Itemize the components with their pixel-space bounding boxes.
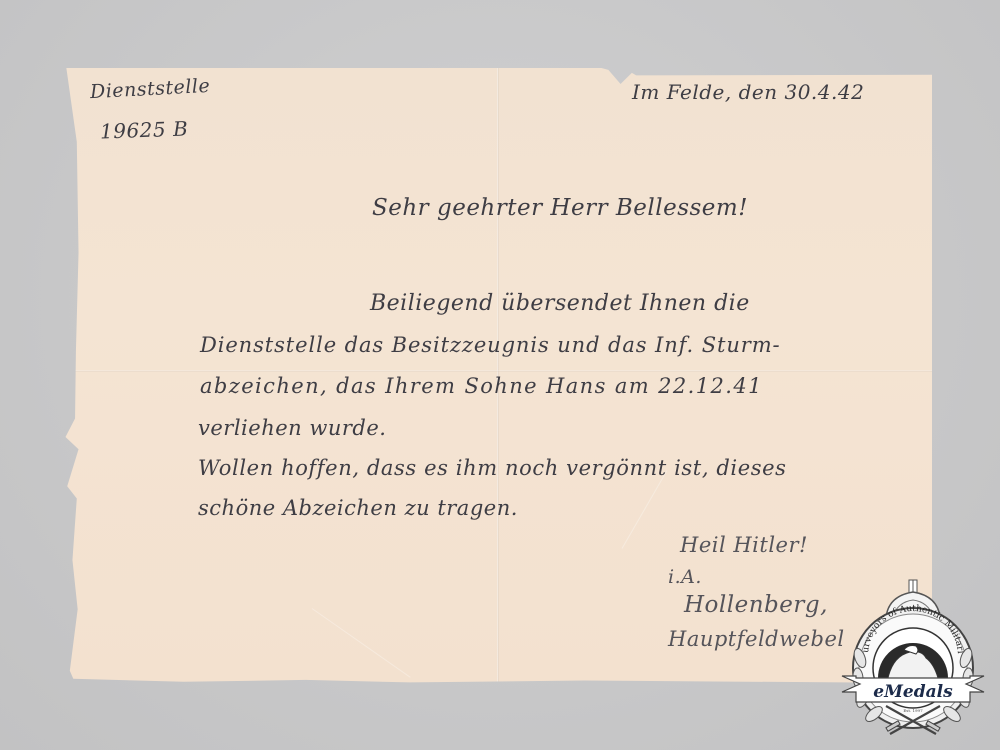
body-line: schöne Abzeichen zu tragen. [198, 496, 518, 520]
established-text: Est. 1997 [903, 708, 923, 713]
body-line: verliehen wurde. [198, 416, 386, 440]
body-line: Dienststelle das Besitzzeugnis und das I… [200, 333, 781, 357]
salutation: Sehr geehrter Herr Bellessem! [372, 195, 748, 221]
crease [312, 608, 411, 678]
body-line: Wollen hoffen, dass es ihm noch vergönnt… [198, 456, 787, 480]
crease [622, 470, 668, 548]
brand-name: eMedals [873, 682, 953, 702]
signature: Hollenberg, [684, 592, 828, 618]
closing-greeting: Heil Hitler! [680, 533, 808, 557]
signer-rank: Hauptfeldwebel [668, 627, 845, 651]
emedals-logo-icon: Purveyors of Authentic Militaria eMedals… [838, 578, 988, 740]
body-line: abzeichen, das Ihrem Sohne Hans am 22.12… [200, 374, 763, 398]
body-line: Beiliegend übersendet Ihnen die [370, 291, 750, 316]
closing-proxy: i.A. [668, 566, 702, 588]
horizontal-fold [62, 370, 932, 372]
emedals-watermark: Purveyors of Authentic Militaria eMedals… [838, 578, 988, 740]
sender-code: 19625 B [100, 116, 189, 143]
place-date: Im Felde, den 30.4.42 [632, 80, 864, 104]
